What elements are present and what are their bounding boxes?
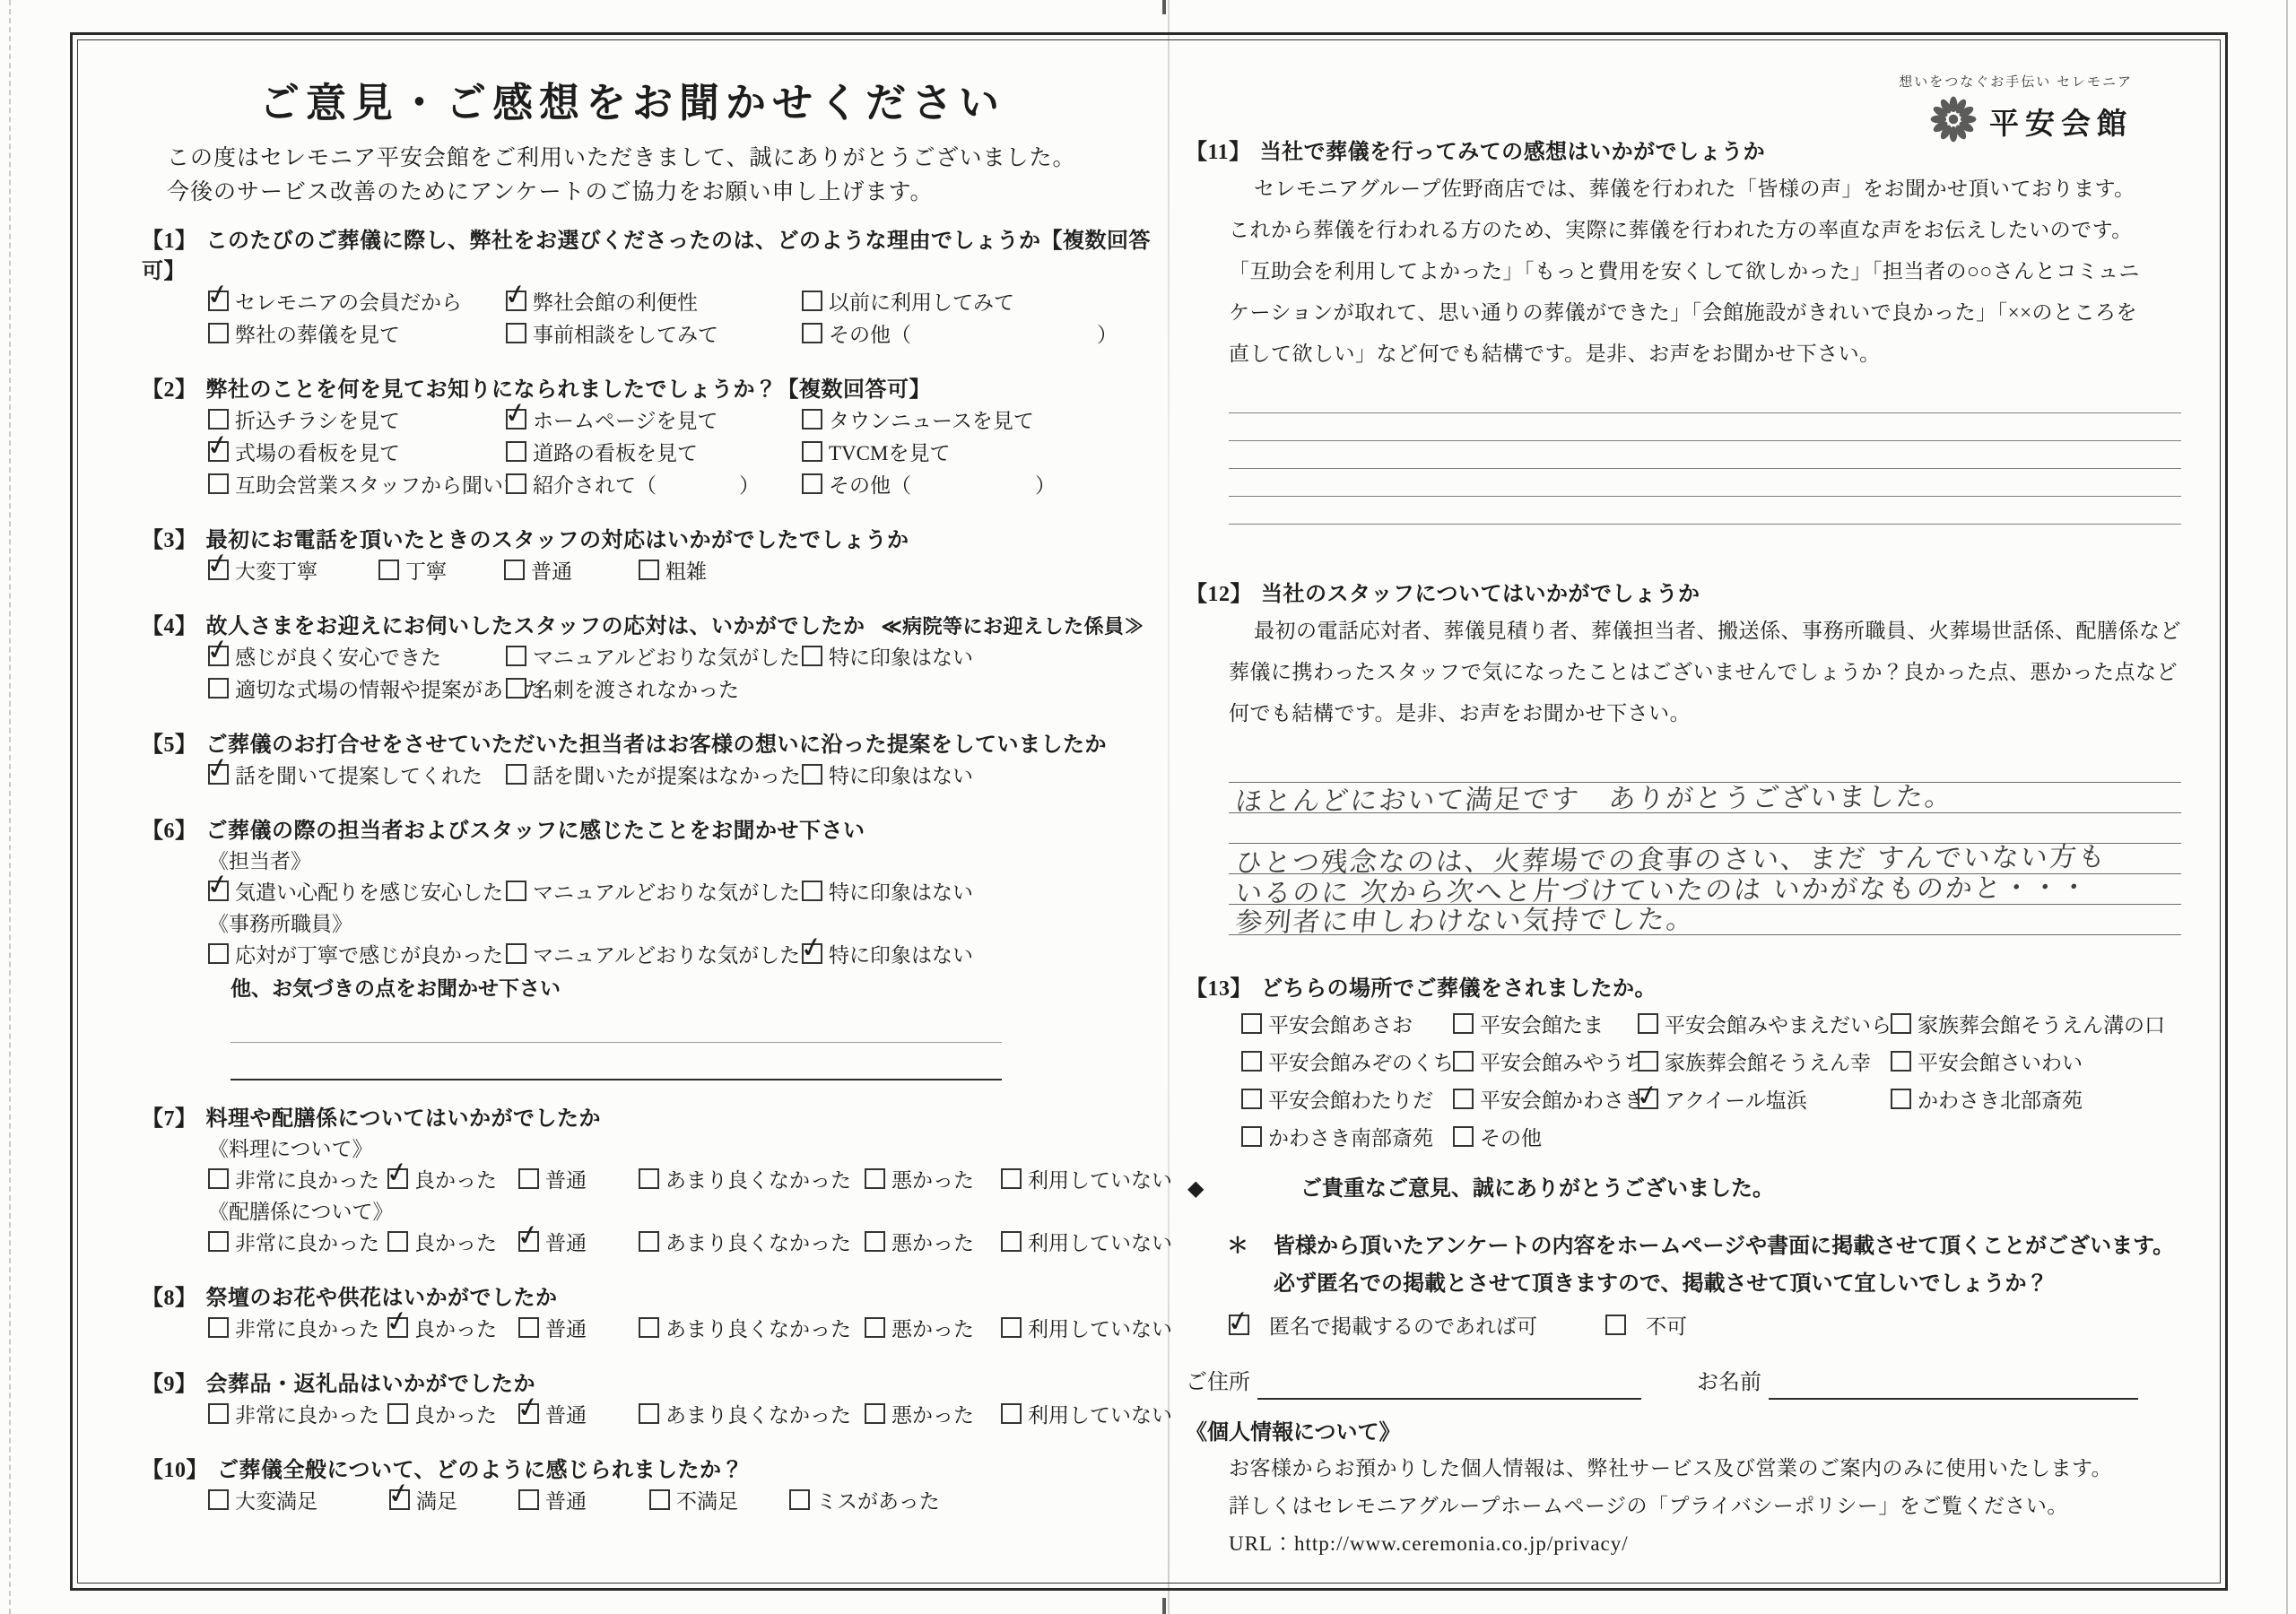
- checkbox-option[interactable]: 平安会館たま: [1453, 1007, 1638, 1045]
- right-question-column: 【11】当社で葬儀を行ってみての感想はいかがでしょうか セレモニアグループ佐野商…: [1186, 136, 2199, 1563]
- checkbox-checked-icon[interactable]: [387, 1317, 408, 1338]
- checkbox-icon[interactable]: [1638, 1051, 1658, 1072]
- option-label: 良かった: [414, 1318, 497, 1341]
- option-label: 応対が丁寧で感じが良かった: [235, 944, 503, 967]
- option-label: セレモニアの会員だから: [235, 291, 462, 314]
- checkbox-checked-icon[interactable]: [1638, 1089, 1658, 1109]
- checkbox-option[interactable]: 平安会館みやうち: [1453, 1045, 1638, 1082]
- checkbox-option[interactable]: 名刺を渡されなかった: [506, 674, 802, 707]
- address-input-line[interactable]: [1257, 1367, 1641, 1400]
- option-row: 非常に良かった良かった普通あまり良くなかった悪かった利用していない: [109, 1400, 1168, 1432]
- checkbox-icon[interactable]: [1453, 1126, 1474, 1147]
- option-label: 普通: [545, 1169, 587, 1192]
- checkbox-option[interactable]: 弊社の葬儀を見て: [208, 319, 506, 351]
- option-label: ミスがあった: [816, 1490, 940, 1513]
- question-number: 【8】: [142, 1287, 197, 1310]
- option-label: 紹介されて（ ）: [533, 474, 760, 497]
- question-number: 【1】: [142, 230, 197, 253]
- option-label: 良かった: [414, 1404, 497, 1427]
- registration-mark: [1162, 1598, 1166, 1614]
- answer-line-blank[interactable]: [1229, 413, 2181, 441]
- handwritten-answer-area[interactable]: ほとんどにおいて満足です ありがとうございました。ひとつ残念なのは、火葬場での食…: [1229, 752, 2181, 935]
- checkbox-icon[interactable]: [802, 291, 822, 311]
- question-q3: 【3】最初にお電話を頂いたときのスタッフの対応はいかがでしたでしょうか大変丁寧丁…: [109, 525, 1168, 588]
- name-input-line[interactable]: [1769, 1367, 2138, 1400]
- checkbox-option[interactable]: 気遣い心配りを感じ安心した: [208, 877, 506, 909]
- option-label: 非常に良かった: [235, 1169, 379, 1192]
- question-title: 当社のスタッフについてはいかがでしょうか: [1261, 583, 1700, 606]
- checkbox-checked-icon[interactable]: [389, 1489, 410, 1510]
- option-label: 悪かった: [891, 1318, 974, 1341]
- question-number: 【6】: [142, 820, 197, 843]
- question-heading: 【9】会葬品・返礼品はいかがでしたか: [109, 1369, 1168, 1400]
- option-label: 道路の看板を見て: [533, 442, 698, 464]
- checkbox-option[interactable]: 悪かった: [865, 1400, 1001, 1432]
- question-number: 【5】: [142, 733, 197, 757]
- checkbox-option[interactable]: 満足: [389, 1486, 518, 1518]
- option-label: 式場の看板を見て: [235, 442, 400, 464]
- checkbox-icon[interactable]: [1241, 1126, 1262, 1147]
- checkbox-icon[interactable]: [506, 441, 526, 462]
- checkbox-option[interactable]: 普通: [518, 1400, 639, 1432]
- checkbox-option[interactable]: かわさき北部斎苑: [1891, 1082, 2199, 1120]
- checkbox-checked-icon[interactable]: [208, 646, 229, 666]
- option-label: その他: [1480, 1127, 1542, 1150]
- option-label: 特に印象はない: [829, 646, 973, 669]
- question-number: 【2】: [142, 378, 197, 402]
- checkbox-option[interactable]: 普通: [518, 1314, 639, 1346]
- checkbox-icon[interactable]: [639, 1317, 659, 1338]
- checkbox-icon[interactable]: [802, 473, 822, 494]
- checkbox-option[interactable]: 利用していない: [1001, 1314, 1172, 1346]
- checkbox-option[interactable]: 話を聞いて提案してくれた: [208, 760, 506, 793]
- checkbox-icon[interactable]: [865, 1231, 885, 1252]
- question-q13-slot: 【13】どちらの場所でご葬儀をされましたか。平安会館あさお平安会館たま平安会館み…: [1186, 971, 2199, 1158]
- checkbox-option[interactable]: 利用していない: [1001, 1400, 1172, 1432]
- question-heading: 【6】ご葬儀の際の担当者およびスタッフに感じたことをお聞かせ下さい: [109, 816, 1168, 846]
- checkbox-option[interactable]: 良かった: [387, 1228, 518, 1260]
- checkbox-icon[interactable]: [518, 1168, 539, 1189]
- option-label: 非常に良かった: [235, 1404, 379, 1427]
- question-heading: 【10】ご葬儀全般について、どのように感じられましたか？: [109, 1455, 1168, 1486]
- checkbox-icon[interactable]: [1453, 1089, 1474, 1109]
- checkbox-option[interactable]: 以前に利用してみて: [802, 287, 1168, 319]
- checkbox-option[interactable]: マニュアルどおりな気がした: [506, 642, 802, 674]
- answer-line-blank[interactable]: [230, 1043, 1002, 1080]
- intro-line-2: 今後のサービス改善のためにアンケートのご協力をお願い申し上げます。: [167, 176, 1076, 210]
- question-number: 【3】: [142, 529, 197, 552]
- question-number: 【11】: [1186, 141, 1251, 164]
- checkbox-option[interactable]: あまり良くなかった: [639, 1314, 865, 1346]
- checkbox-option[interactable]: 不可: [1605, 1308, 2199, 1346]
- option-label: 気遣い心配りを感じ安心した: [235, 881, 503, 904]
- checkbox-option[interactable]: タウンニュースを見て: [802, 405, 1168, 438]
- checkbox-icon[interactable]: [1001, 1231, 1022, 1252]
- option-row: 非常に良かった良かった普通あまり良くなかった悪かった利用していない: [109, 1228, 1168, 1260]
- checkbox-icon[interactable]: [1241, 1013, 1262, 1034]
- checkbox-icon[interactable]: [208, 1231, 229, 1252]
- checkbox-icon[interactable]: [1001, 1317, 1022, 1338]
- checkbox-icon[interactable]: [865, 1168, 885, 1189]
- checkbox-option[interactable]: アクイール塩浜: [1638, 1082, 1891, 1120]
- registration-mark: [1162, 0, 1166, 14]
- checkbox-option[interactable]: 不満足: [649, 1486, 789, 1518]
- checkbox-option[interactable]: 大変満足: [208, 1486, 389, 1518]
- checkbox-option[interactable]: 特に印象はない: [802, 642, 1168, 674]
- option-label: マニュアルどおりな気がした: [533, 646, 800, 669]
- question-heading: 【13】どちらの場所でご葬儀をされましたか。: [1186, 971, 2199, 1007]
- checkbox-icon[interactable]: [506, 881, 526, 901]
- checkbox-icon[interactable]: [1891, 1051, 1911, 1072]
- answer-line-blank[interactable]: [1229, 469, 2181, 497]
- checkbox-option[interactable]: あまり良くなかった: [639, 1228, 865, 1260]
- checkbox-option[interactable]: 普通: [518, 1486, 649, 1518]
- checkbox-option[interactable]: 良かった: [387, 1165, 518, 1197]
- consent-line-1: 皆様から頂いたアンケートの内容をホームページや書面に掲載させて頂くことがございま…: [1274, 1228, 2174, 1265]
- respondent-fields: ご住所 お名前: [1186, 1366, 2199, 1400]
- privacy-line-2: 詳しくはセレモニアグループホームページの「プライバシーポリシー」をご覧ください。: [1229, 1488, 2199, 1525]
- checkbox-checked-icon[interactable]: [387, 1168, 408, 1189]
- question-title: 故人さまをお迎えにお伺いしたスタッフの応対は、いかがでしたか: [206, 615, 865, 638]
- checkbox-icon[interactable]: [639, 1168, 659, 1189]
- question-title: このたびのご葬儀に際し、弊社をお選びくださったのは、どのような理由でしょうか【複…: [142, 230, 1151, 283]
- checkbox-checked-icon[interactable]: [208, 560, 229, 580]
- checkbox-checked-icon[interactable]: [802, 943, 822, 964]
- option-label: 普通: [545, 1404, 587, 1427]
- checkbox-option[interactable]: 折込チラシを見て: [208, 405, 506, 438]
- option-label: 悪かった: [891, 1169, 974, 1192]
- checkbox-checked-icon[interactable]: [506, 291, 526, 311]
- checkbox-checked-icon[interactable]: [506, 409, 526, 430]
- question-title: 弊社のことを何を見てお知りになられましたでしょうか？【複数回答可】: [206, 378, 932, 402]
- checkbox-option[interactable]: 非常に良かった: [208, 1314, 387, 1346]
- checkbox-icon[interactable]: [1638, 1013, 1658, 1034]
- question-q7: 【7】料理や配膳係についてはいかがでしたか《料理について》非常に良かった良かった…: [109, 1104, 1168, 1260]
- checkbox-icon[interactable]: [802, 881, 822, 901]
- checkbox-option[interactable]: 弊社会館の利便性: [506, 287, 802, 319]
- checkbox-icon[interactable]: [865, 1317, 885, 1338]
- checkbox-icon[interactable]: [208, 1317, 229, 1338]
- thanks-text: ご貴重なご意見、誠にありがとうございました。: [1300, 1172, 1774, 1206]
- checkbox-option[interactable]: 平安会館みぞのくち: [1241, 1045, 1453, 1082]
- option-row: 気遣い心配りを感じ安心したマニュアルどおりな気がした特に印象はない: [109, 877, 1168, 909]
- logo-tagline: 想いをつなぐお手伝い セレモニア: [1882, 72, 2133, 91]
- checkbox-icon[interactable]: [518, 1489, 539, 1510]
- option-label: 大変丁寧: [235, 560, 317, 583]
- checkbox-checked-icon[interactable]: [1229, 1315, 1249, 1335]
- question-title: ご葬儀の際の担当者およびスタッフに感じたことをお聞かせ下さい: [206, 820, 865, 843]
- question-title: 最初にお電話を頂いたときのスタッフの対応はいかがでしたでしょうか: [206, 529, 909, 552]
- checkbox-option[interactable]: 特に印象はない: [802, 760, 1168, 793]
- checkbox-icon[interactable]: [649, 1489, 670, 1510]
- option-label: 悪かった: [891, 1404, 974, 1427]
- checkbox-icon[interactable]: [387, 1231, 408, 1252]
- checkbox-option[interactable]: 紹介されて（ ）: [506, 470, 802, 502]
- checkbox-icon[interactable]: [506, 943, 526, 964]
- question-heading: 【5】ご葬儀のお打合せをさせていただいた担当者はお客様の想いに沿った提案をしてい…: [109, 730, 1168, 760]
- answer-line[interactable]: 参列者に申しわけない気持でした。: [1229, 905, 2181, 935]
- checkbox-option[interactable]: 応対が丁寧で感じが良かった: [208, 940, 506, 972]
- checkbox-option[interactable]: 普通: [518, 1165, 639, 1197]
- checkbox-option[interactable]: 非常に良かった: [208, 1400, 387, 1432]
- intro-text: この度はセレモニア平安会館をご利用いただきまして、誠にありがとうございました。 …: [167, 142, 1076, 210]
- privacy-heading: 《個人情報について》: [1186, 1416, 2199, 1450]
- checkbox-option[interactable]: 粗雑: [639, 556, 1168, 588]
- answer-line[interactable]: ほとんどにおいて満足です ありがとうございました。: [1229, 783, 2181, 813]
- checkbox-option[interactable]: 特に印象はない: [802, 877, 1168, 909]
- checkbox-option[interactable]: 非常に良かった: [208, 1165, 387, 1197]
- checkbox-icon[interactable]: [387, 1403, 408, 1424]
- option-row: 互助会営業スタッフから聞いた紹介されて（ ）その他（ ）: [109, 470, 1168, 502]
- option-row: 平安会館わたりだ平安会館かわさきアクイール塩浜かわさき北部斎苑: [1186, 1082, 2199, 1120]
- checkbox-option[interactable]: 匿名で掲載するのであれば可: [1229, 1308, 1605, 1346]
- checkbox-option[interactable]: 特に印象はない: [802, 940, 1168, 972]
- checkbox-option[interactable]: 話を聞いたが提案はなかった: [506, 760, 802, 793]
- option-label: 平安会館たま: [1480, 1014, 1604, 1037]
- option-row: 非常に良かった良かった普通あまり良くなかった悪かった利用していない: [109, 1165, 1168, 1197]
- checkbox-icon[interactable]: [208, 943, 229, 964]
- checkbox-option[interactable]: TVCMを見て: [802, 438, 1168, 470]
- checkbox-option[interactable]: マニュアルどおりな気がした: [506, 877, 802, 909]
- option-label: 感じが良く安心できた: [235, 646, 441, 669]
- option-row: 平安会館みぞのくち平安会館みやうち家族葬会館そうえん幸平安会館さいわい: [1186, 1045, 2199, 1082]
- question-heading: 【7】料理や配膳係についてはいかがでしたか: [109, 1104, 1168, 1134]
- option-row: 感じが良く安心できたマニュアルどおりな気がした特に印象はない: [109, 642, 1168, 674]
- checkbox-icon[interactable]: [1241, 1051, 1262, 1072]
- question-title: 祭壇のお花や供花はいかがでしたか: [206, 1287, 558, 1310]
- checkbox-icon[interactable]: [802, 409, 822, 430]
- checkbox-icon[interactable]: [506, 646, 526, 666]
- option-label: マニュアルどおりな気がした: [533, 944, 800, 967]
- checkbox-icon[interactable]: [208, 1489, 229, 1510]
- option-row: 折込チラシを見てホームページを見てタウンニュースを見て: [109, 405, 1168, 438]
- answer-lines-blank[interactable]: [1229, 386, 2181, 525]
- checkbox-option[interactable]: 感じが良く安心できた: [208, 642, 506, 674]
- option-label: 利用していない: [1028, 1232, 1172, 1254]
- checkbox-icon[interactable]: [789, 1489, 810, 1510]
- question-q11: 【11】当社で葬儀を行ってみての感想はいかがでしょうか セレモニアグループ佐野商…: [1186, 136, 2199, 525]
- option-label: その他（ ）: [829, 474, 1056, 497]
- checkbox-option[interactable]: 平安会館みやまえだいら: [1638, 1007, 1891, 1045]
- checkbox-option[interactable]: 平安会館あさお: [1241, 1007, 1453, 1045]
- checkbox-icon[interactable]: [802, 323, 822, 343]
- question-title: ご葬儀全般について、どのように感じられましたか？: [217, 1459, 744, 1482]
- checkbox-icon[interactable]: [1605, 1315, 1626, 1335]
- question-title: ご葬儀のお打合せをさせていただいた担当者はお客様の想いに沿った提案をしていました…: [206, 733, 1108, 757]
- scanner-edge-line: [9, 0, 11, 1614]
- checkbox-icon[interactable]: [208, 409, 229, 430]
- checkbox-option[interactable]: 利用していない: [1001, 1228, 1172, 1260]
- answer-line-blank[interactable]: [230, 1006, 1002, 1043]
- checkbox-option[interactable]: 大変丁寧: [208, 556, 378, 588]
- answer-line-blank[interactable]: [1229, 441, 2181, 469]
- checkbox-option[interactable]: 非常に良かった: [208, 1228, 387, 1260]
- option-group-label: 《料理について》: [109, 1134, 1168, 1165]
- answer-line-blank[interactable]: [1229, 497, 2181, 525]
- option-label: 特に印象はない: [829, 765, 973, 787]
- question-title: どちらの場所でご葬儀をされましたか。: [1261, 977, 1657, 1001]
- checkbox-checked-icon[interactable]: [208, 764, 229, 785]
- checkbox-icon[interactable]: [865, 1403, 885, 1424]
- option-label: あまり良くなかった: [665, 1169, 851, 1192]
- checkbox-option[interactable]: あまり良くなかった: [639, 1400, 865, 1432]
- option-row: かわさき南部斎苑その他: [1186, 1120, 2199, 1158]
- checkbox-option[interactable]: セレモニアの会員だから: [208, 287, 506, 319]
- option-label: 匿名で掲載するのであれば可: [1269, 1315, 1537, 1338]
- privacy-section: 《個人情報について》 お客様からお預かりした個人情報は、弊社サービス及び営業のご…: [1186, 1416, 2199, 1563]
- checkbox-icon[interactable]: [208, 323, 229, 343]
- checkbox-icon[interactable]: [1891, 1089, 1911, 1109]
- question-number: 【9】: [142, 1373, 197, 1396]
- checkbox-option[interactable]: 良かった: [387, 1400, 518, 1432]
- checkbox-icon[interactable]: [1001, 1168, 1022, 1189]
- option-label: あまり良くなかった: [665, 1404, 851, 1427]
- question-title: 会葬品・返礼品はいかがでしたか: [206, 1373, 536, 1396]
- checkbox-icon[interactable]: [506, 323, 526, 343]
- checkbox-option[interactable]: 家族葬会館そうえん幸: [1638, 1045, 1891, 1082]
- option-label: 普通: [545, 1318, 587, 1341]
- consent-line-2: 必ず匿名での掲載とさせて頂きますので、掲載させて頂いて宜しいでしょうか？: [1274, 1265, 2199, 1303]
- checkbox-checked-icon[interactable]: [208, 441, 229, 462]
- option-label: TVCMを見て: [829, 442, 950, 464]
- option-label: 弊社の葬儀を見て: [235, 324, 400, 346]
- checkbox-icon[interactable]: [802, 764, 822, 785]
- checkbox-icon[interactable]: [518, 1317, 539, 1338]
- checkbox-option[interactable]: 事前相談をしてみて: [506, 319, 802, 351]
- checkbox-option[interactable]: 平安会館さいわい: [1891, 1045, 2199, 1082]
- question-q6: 【6】ご葬儀の際の担当者およびスタッフに感じたことをお聞かせ下さい《担当者》気遣…: [109, 816, 1168, 1080]
- question-q13: 【13】どちらの場所でご葬儀をされましたか。平安会館あさお平安会館たま平安会館み…: [1186, 971, 2199, 1158]
- option-label: 以前に利用してみて: [829, 291, 1014, 314]
- question-q4: 【4】故人さまをお迎えにお伺いしたスタッフの応対は、いかがでしたか≪病院等にお迎…: [109, 612, 1168, 707]
- description-line: 何でも結構です。是非、お声をお聞かせ下さい。: [1229, 693, 2199, 734]
- question-q1: 【1】このたびのご葬儀に際し、弊社をお選びくださったのは、どのような理由でしょう…: [109, 226, 1168, 351]
- option-group-label: 《配膳係について》: [109, 1197, 1168, 1228]
- option-label: あまり良くなかった: [665, 1232, 851, 1254]
- question-number: 【4】: [142, 615, 197, 638]
- checkbox-checked-icon[interactable]: [208, 881, 229, 901]
- checkbox-icon[interactable]: [1453, 1013, 1474, 1034]
- intro-line-1: この度はセレモニア平安会館をご利用いただきまして、誠にありがとうございました。: [167, 142, 1076, 176]
- checkbox-option[interactable]: その他: [1453, 1120, 1638, 1158]
- checkbox-icon[interactable]: [208, 1168, 229, 1189]
- checkbox-icon[interactable]: [639, 1403, 659, 1424]
- option-label: 丁寧: [405, 560, 447, 583]
- checkbox-option[interactable]: 普通: [518, 1228, 639, 1260]
- option-label: かわさき北部斎苑: [1918, 1089, 2083, 1112]
- checkbox-icon[interactable]: [506, 473, 526, 494]
- question-description: セレモニアグループ佐野商店では、葬儀を行われた「皆様の声」をお聞かせ頂いておりま…: [1186, 169, 2199, 375]
- diamond-bullet-icon: ◆: [1186, 1172, 1300, 1206]
- checkbox-icon[interactable]: [208, 678, 229, 699]
- checkbox-option[interactable]: あまり良くなかった: [639, 1165, 865, 1197]
- checkbox-option[interactable]: 悪かった: [865, 1165, 1001, 1197]
- checkbox-icon[interactable]: [1891, 1013, 1911, 1034]
- question-number: 【10】: [142, 1459, 208, 1482]
- question-number: 【7】: [142, 1107, 197, 1131]
- option-row: 非常に良かった良かった普通あまり良くなかった悪かった利用していない: [109, 1314, 1168, 1346]
- checkbox-icon[interactable]: [208, 473, 229, 494]
- question-title: 当社で葬儀を行ってみての感想はいかがでしょうか: [1260, 141, 1766, 164]
- checkbox-icon[interactable]: [1241, 1089, 1262, 1109]
- checkbox-option[interactable]: 互助会営業スタッフから聞いた: [208, 470, 506, 502]
- checkbox-icon[interactable]: [504, 560, 525, 580]
- question-description: 最初の電話応対者、葬儀見積り者、葬儀担当者、搬送係、事務所職員、火葬場世話係、配…: [1186, 611, 2199, 734]
- option-label: 普通: [545, 1232, 587, 1254]
- checkbox-option[interactable]: 悪かった: [865, 1314, 1001, 1346]
- checkbox-checked-icon[interactable]: [208, 291, 229, 311]
- checkbox-option[interactable]: 適切な式場の情報や提案があった: [208, 674, 506, 707]
- question-q8: 【8】祭壇のお花や供花はいかがでしたか非常に良かった良かった普通あまり良くなかっ…: [109, 1283, 1168, 1346]
- checkbox-icon[interactable]: [506, 678, 526, 699]
- option-label: 名刺を渡されなかった: [533, 679, 739, 701]
- checkbox-icon[interactable]: [639, 560, 659, 580]
- checkbox-icon[interactable]: [506, 764, 526, 785]
- checkbox-option[interactable]: 悪かった: [865, 1228, 1001, 1260]
- question-q5: 【5】ご葬儀のお打合せをさせていただいた担当者はお客様の想いに沿った提案をしてい…: [109, 730, 1168, 793]
- option-label: 適切な式場の情報や提案があった: [235, 679, 544, 701]
- checkbox-option[interactable]: マニュアルどおりな気がした: [506, 940, 802, 972]
- option-label: マニュアルどおりな気がした: [533, 881, 800, 904]
- checkbox-option[interactable]: 式場の看板を見て: [208, 438, 506, 470]
- handwritten-text: 参列者に申しわけない気持でした。: [1234, 897, 1698, 940]
- checkbox-option[interactable]: その他（ ）: [802, 319, 1168, 351]
- question-title: 料理や配膳係についてはいかがでしたか: [206, 1107, 602, 1131]
- checkbox-option[interactable]: 家族葬会館そうえん溝の口: [1891, 1007, 2199, 1045]
- option-label: あまり良くなかった: [665, 1318, 851, 1341]
- option-label: 平安会館わたりだ: [1268, 1089, 1433, 1112]
- description-line: ケーションが取れて、思い通りの葬儀ができた」「会館施設がきれいで良かった」「××…: [1229, 292, 2199, 334]
- option-label: 不可: [1646, 1315, 1687, 1338]
- option-row: 大変満足満足普通不満足ミスがあった: [109, 1486, 1168, 1518]
- checkbox-option[interactable]: その他（ ）: [802, 470, 1168, 502]
- checkbox-icon[interactable]: [802, 646, 822, 666]
- checkbox-option[interactable]: ミスがあった: [789, 1486, 1168, 1518]
- checkbox-icon[interactable]: [208, 1403, 229, 1424]
- question-title-note: ≪病院等にお迎えした係員≫: [882, 615, 1145, 638]
- checkbox-icon[interactable]: [378, 560, 399, 580]
- checkbox-icon[interactable]: [1001, 1403, 1022, 1424]
- checkbox-option[interactable]: 利用していない: [1001, 1165, 1172, 1197]
- checkbox-option[interactable]: 平安会館かわさき: [1453, 1082, 1638, 1120]
- checkbox-option[interactable]: ホームページを見て: [506, 405, 802, 438]
- checkbox-icon[interactable]: [802, 441, 822, 462]
- answer-line-blank[interactable]: [1229, 386, 2181, 413]
- checkbox-option[interactable]: かわさき南部斎苑: [1241, 1120, 1453, 1158]
- description-line: 直して欲しい」など何でも結構です。是非、お声をお聞かせ下さい。: [1229, 334, 2199, 375]
- checkbox-option[interactable]: 道路の看板を見て: [506, 438, 802, 470]
- privacy-line-1: お客様からお預かりした個人情報は、弊社サービス及び営業のご案内のみに使用いたしま…: [1229, 1450, 2199, 1488]
- checkbox-option[interactable]: 普通: [504, 556, 639, 588]
- question-q2: 【2】弊社のことを何を見てお知りになられましたでしょうか？【複数回答可】折込チラ…: [109, 375, 1168, 502]
- checkbox-icon[interactable]: [1453, 1051, 1474, 1072]
- question-q10: 【10】ご葬儀全般について、どのように感じられましたか？大変満足満足普通不満足ミ…: [109, 1455, 1168, 1518]
- checkbox-icon[interactable]: [639, 1231, 659, 1252]
- checkbox-option[interactable]: 良かった: [387, 1314, 518, 1346]
- question-heading: 【2】弊社のことを何を見てお知りになられましたでしょうか？【複数回答可】: [109, 375, 1168, 405]
- option-label: 平安会館かわさき: [1480, 1089, 1645, 1112]
- checkbox-option[interactable]: 丁寧: [378, 556, 504, 588]
- option-label: 普通: [545, 1490, 587, 1513]
- option-label: 良かった: [414, 1169, 497, 1192]
- question-number: 【13】: [1186, 977, 1252, 1001]
- handwritten-text: ほとんどにおいて満足です ありがとうございました。: [1234, 774, 1956, 819]
- option-label: 互助会営業スタッフから聞いた: [235, 474, 524, 497]
- checkbox-option[interactable]: 平安会館わたりだ: [1241, 1082, 1453, 1120]
- checkbox-checked-icon[interactable]: [518, 1403, 539, 1424]
- checkbox-checked-icon[interactable]: [518, 1231, 539, 1252]
- privacy-url: URL：http://www.ceremonia.co.jp/privacy/: [1229, 1525, 2199, 1563]
